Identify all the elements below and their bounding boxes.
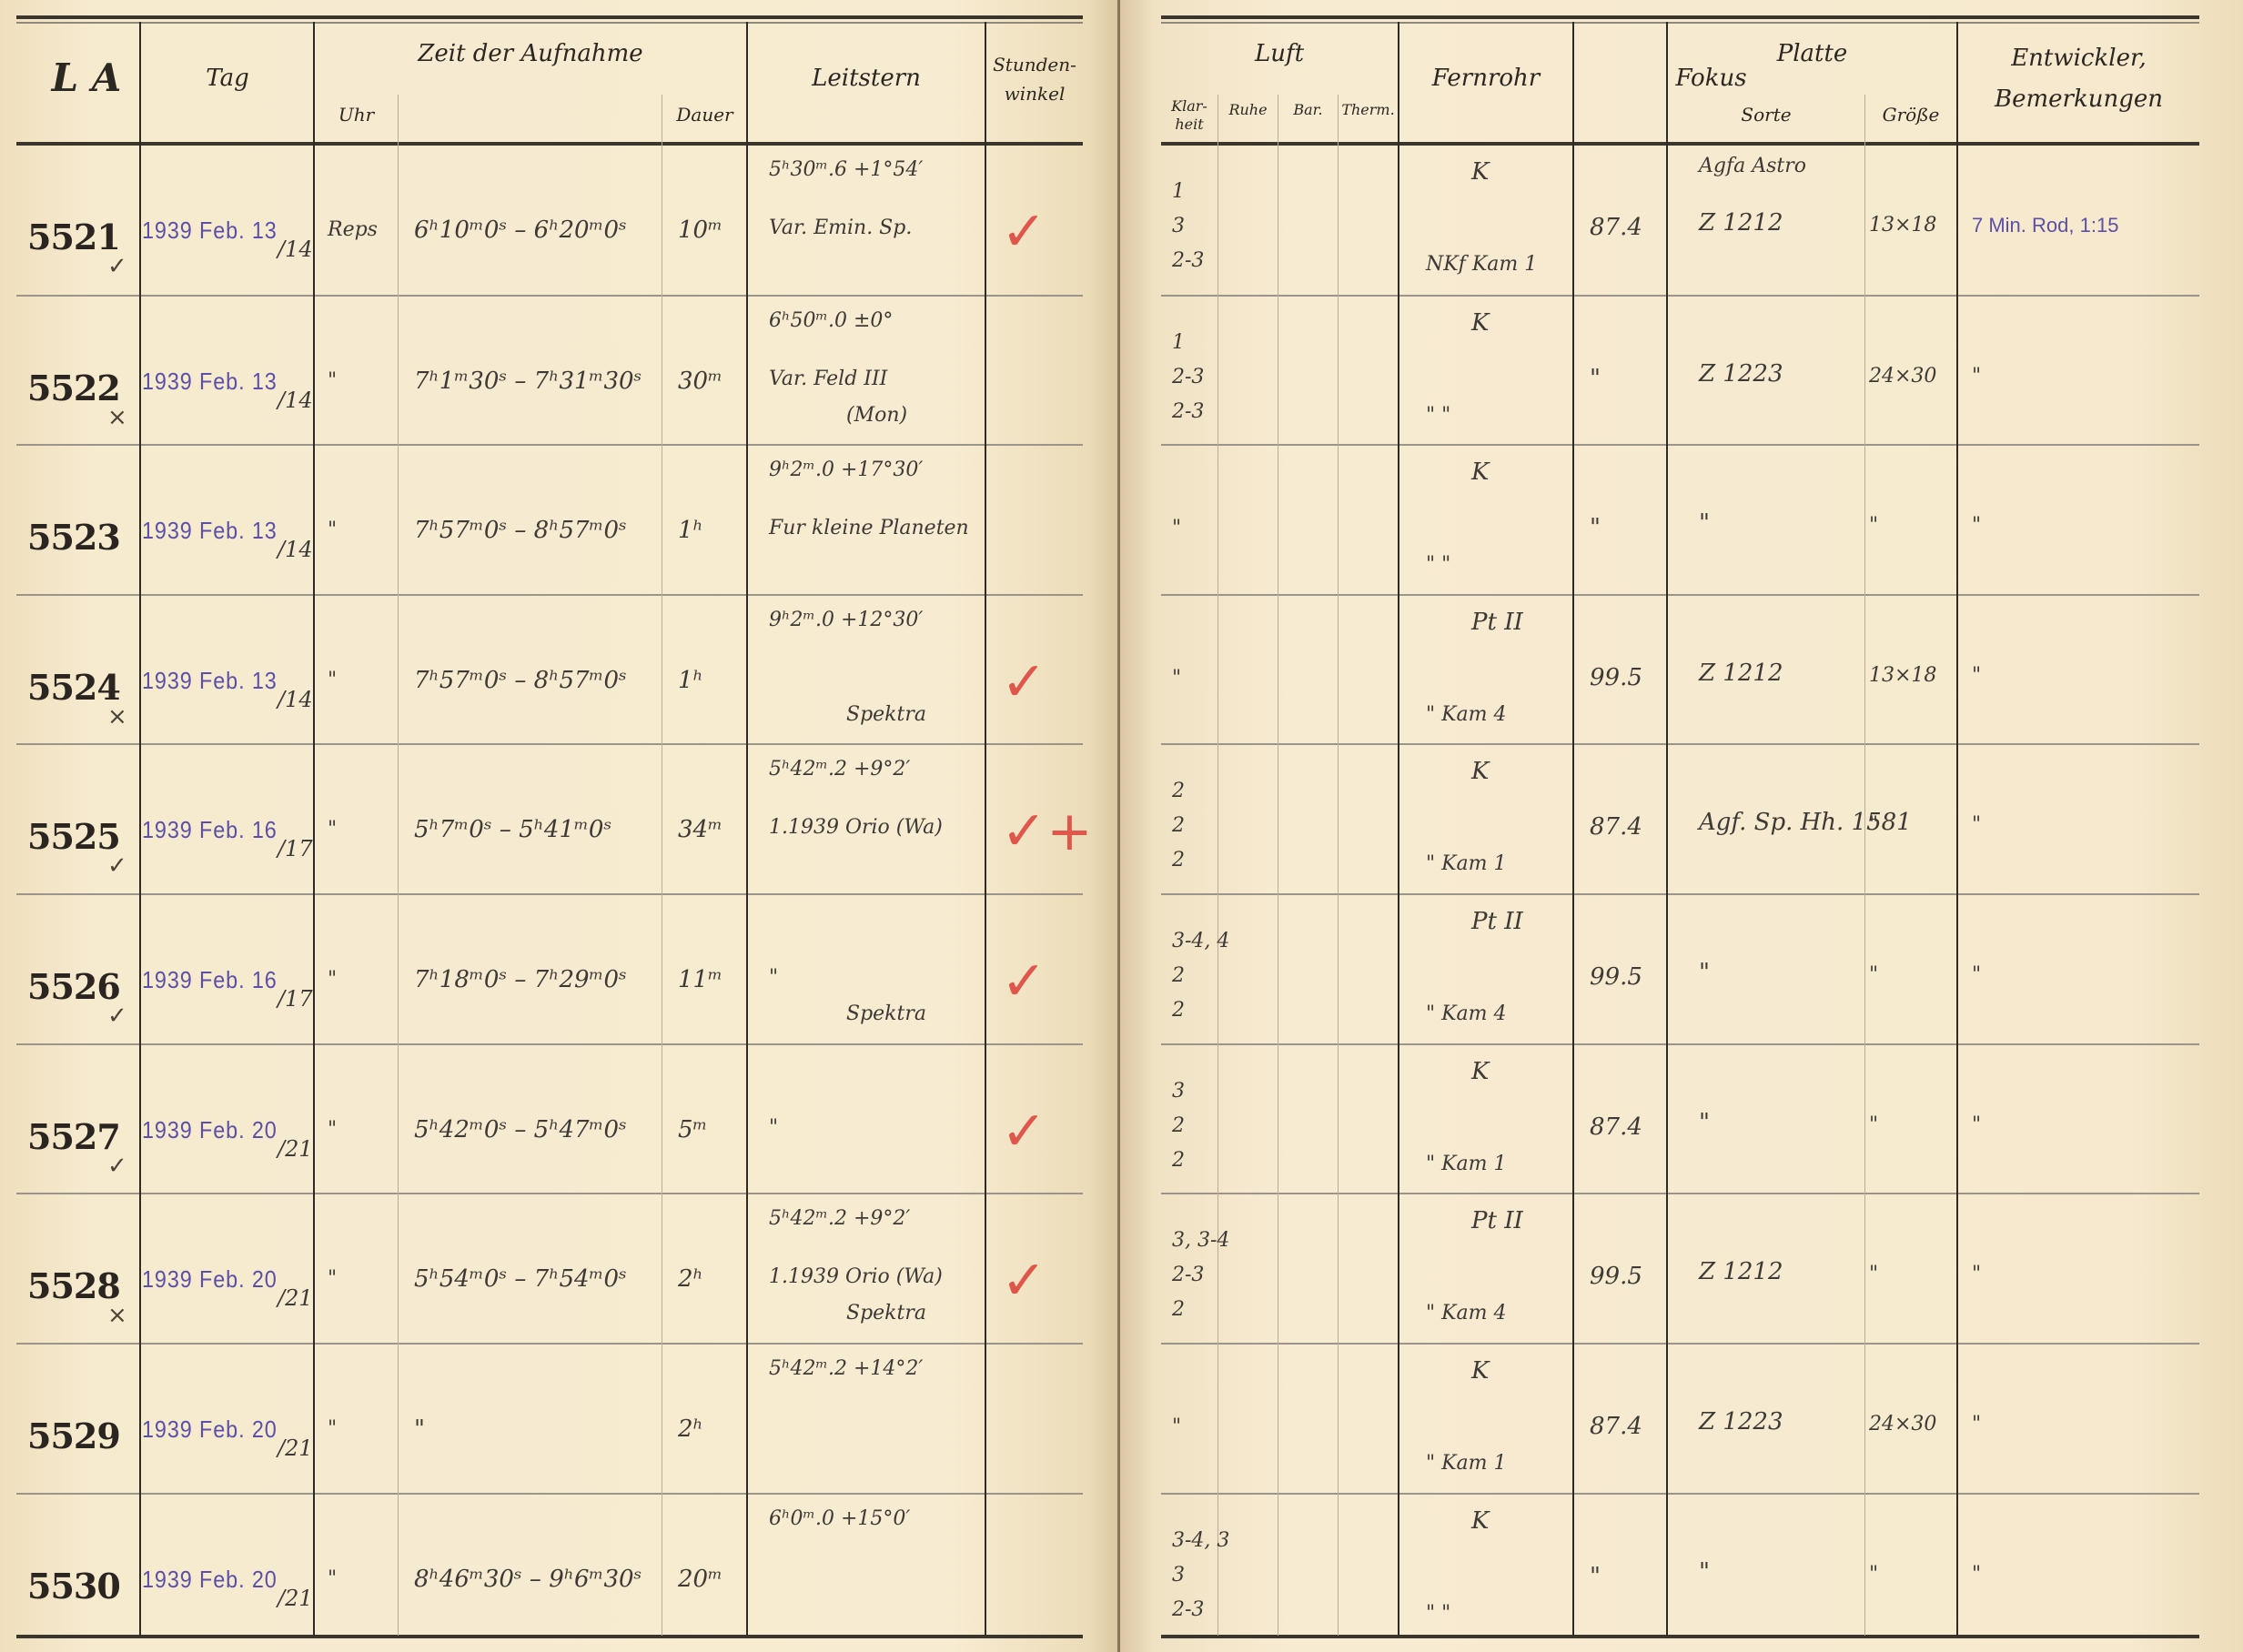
row-separator xyxy=(16,295,1083,297)
zeit-value: 7ʰ1ᵐ30ˢ – 7ʰ31ᵐ30ˢ xyxy=(414,368,642,395)
groesse-value: " xyxy=(1869,813,1878,836)
check-mark-icon: ✓ xyxy=(1001,200,1046,264)
leitstern-coords: 6ʰ50ᵐ.0 ±0° xyxy=(769,309,893,332)
date-stamp: 1939 Feb. 20 xyxy=(142,1566,278,1594)
row-separator xyxy=(16,1343,1083,1345)
groesse-value: " xyxy=(1869,1563,1878,1586)
klarheit-value: 2 xyxy=(1172,1114,1185,1137)
sorte-value: Agf. Sp. Hh. 1581 xyxy=(1699,809,1912,836)
kamera-value: " Kam 1 xyxy=(1426,1452,1507,1475)
kamera-value: " " xyxy=(1426,553,1450,576)
row-separator xyxy=(16,594,1083,596)
date-stamp: 1939 Feb. 13 xyxy=(142,217,278,245)
col-divider xyxy=(1398,22,1399,1636)
groesse-value: 13×18 xyxy=(1869,664,1936,687)
col-divider xyxy=(1864,95,1865,1636)
col-divider xyxy=(313,22,315,1636)
date-fraction: /17 xyxy=(278,836,313,861)
fokus-value: 99.5 xyxy=(1590,1263,1642,1290)
date-fraction: /17 xyxy=(278,986,313,1012)
zeit-value: 8ʰ46ᵐ30ˢ – 9ʰ6ᵐ30ˢ xyxy=(414,1566,642,1593)
header-ruhe: Ruhe xyxy=(1218,102,1278,118)
row-mark: ✓ xyxy=(107,852,127,880)
fokus-value: 99.5 xyxy=(1590,664,1642,691)
klarheit-value: 2 xyxy=(1172,849,1185,871)
la-number: 5526 xyxy=(27,966,120,1007)
col-divider xyxy=(985,22,986,1636)
header-zeit-der-aufnahme: Zeit der Aufnahme xyxy=(315,41,746,68)
sorte-value: Z 1212 xyxy=(1699,660,1783,687)
klarheit-value: 2-3 xyxy=(1172,1598,1204,1621)
header-la: L A xyxy=(36,56,136,100)
check-mark-icon: ✓ xyxy=(1001,1100,1046,1163)
fokus-value: " xyxy=(1590,514,1601,541)
row-separator xyxy=(1161,295,2199,297)
col-divider xyxy=(746,22,748,1636)
dauer-value: 20ᵐ xyxy=(678,1566,722,1593)
date-fraction: /21 xyxy=(278,1586,313,1611)
sorte-value: Z 1223 xyxy=(1699,1408,1783,1435)
leitstern-name: 1.1939 Orio (Wa) xyxy=(769,816,943,839)
dauer-value: 34ᵐ xyxy=(678,816,722,843)
fokus-value: " xyxy=(1590,365,1601,392)
uhr-value: " xyxy=(328,1267,337,1290)
header-bar: Bar. xyxy=(1278,102,1338,118)
header-leitstern: Leitstern xyxy=(748,65,985,93)
header-rule xyxy=(16,142,1083,146)
kamera-value: " " xyxy=(1426,404,1450,427)
row-separator xyxy=(1161,594,2199,596)
klarheit-value: 2-3 xyxy=(1172,400,1204,423)
fokus-value: 99.5 xyxy=(1590,963,1642,991)
header-platte: Platte xyxy=(1668,41,1956,68)
row-mark: × xyxy=(107,1302,127,1329)
uhr-value: Reps xyxy=(328,218,378,241)
sorte-value: " xyxy=(1699,959,1710,986)
sorte-value: " xyxy=(1699,1558,1710,1586)
klarheit-value: 2 xyxy=(1172,964,1185,987)
bemerkung-value: " xyxy=(1972,1413,1981,1435)
leitstern-name: Fur kleine Planeten xyxy=(769,517,969,539)
row-separator xyxy=(16,1043,1083,1045)
la-number: 5522 xyxy=(27,368,120,408)
date-fraction: /14 xyxy=(278,237,313,262)
klarheit-value: 3 xyxy=(1172,1564,1185,1587)
dauer-value: 5ᵐ xyxy=(678,1116,708,1143)
date-stamp: 1939 Feb. 13 xyxy=(142,667,278,695)
klarheit-value: 3-4, 4 xyxy=(1172,930,1229,952)
klarheit-value: 3-4, 3 xyxy=(1172,1529,1229,1552)
fernrohr-value: K xyxy=(1471,758,1489,785)
zeit-value: 7ʰ57ᵐ0ˢ – 8ʰ57ᵐ0ˢ xyxy=(414,667,627,694)
leitstern-name: " xyxy=(769,1116,778,1139)
groesse-value: 13×18 xyxy=(1869,214,1936,237)
uhr-value: " xyxy=(328,968,337,991)
leitstern-coords: 5ʰ42ᵐ.2 +9°2′ xyxy=(769,758,910,781)
row-mark: × xyxy=(107,404,127,431)
header-uhr: Uhr xyxy=(315,105,398,126)
leitstern-note: Spektra xyxy=(846,1302,926,1325)
fernrohr-value: Pt II xyxy=(1471,609,1523,636)
date-stamp: 1939 Feb. 20 xyxy=(142,1116,278,1144)
fokus-value: 87.4 xyxy=(1590,1113,1642,1141)
groesse-value: " xyxy=(1869,1113,1878,1136)
col-divider xyxy=(1572,22,1574,1636)
row-mark: ✓ xyxy=(107,253,127,280)
date-stamp: 1939 Feb. 16 xyxy=(142,816,278,844)
klarheit-value: 2 xyxy=(1172,1298,1185,1321)
top-rule xyxy=(16,15,1083,19)
zeit-value: 6ʰ10ᵐ0ˢ – 6ʰ20ᵐ0ˢ xyxy=(414,217,627,244)
leitstern-coords: 6ʰ0ᵐ.0 +15°0′ xyxy=(769,1507,910,1530)
zeit-value: 7ʰ18ᵐ0ˢ – 7ʰ29ᵐ0ˢ xyxy=(414,966,627,993)
bottom-rule xyxy=(1161,1635,2199,1638)
klarheit-value: 1 xyxy=(1172,331,1185,354)
dauer-value: 1ʰ xyxy=(678,517,703,544)
fernrohr-value: Pt II xyxy=(1471,908,1523,935)
col-divider xyxy=(139,22,141,1636)
dauer-value: 2ʰ xyxy=(678,1415,703,1443)
klarheit-value: 2 xyxy=(1172,1149,1185,1172)
header-luft: Luft xyxy=(1161,41,1398,68)
header-klarheit-2: heit xyxy=(1161,116,1217,133)
left-page: L A Tag Zeit der Aufnahme Uhr Dauer Leit… xyxy=(0,0,1121,1652)
date-stamp: 1939 Feb. 20 xyxy=(142,1415,278,1444)
leitstern-coords: 9ʰ2ᵐ.0 +17°30′ xyxy=(769,458,923,481)
kamera-value: NKf Kam 1 xyxy=(1426,253,1537,276)
bemerkung-value: " xyxy=(1972,365,1981,388)
klarheit-value: " xyxy=(1172,1415,1181,1438)
sorte-brand: Agfa Astro xyxy=(1699,155,1806,177)
top-rule xyxy=(1161,15,2199,19)
uhr-value: " xyxy=(328,369,337,392)
zeit-value: 5ʰ7ᵐ0ˢ – 5ʰ41ᵐ0ˢ xyxy=(414,816,611,843)
groesse-value: 24×30 xyxy=(1869,365,1936,388)
leitstern-name: Var. Feld III xyxy=(769,368,887,390)
col-divider xyxy=(398,95,399,1636)
klarheit-value: 2-3 xyxy=(1172,1264,1204,1286)
bemerkung-value: " xyxy=(1972,963,1981,986)
header-groesse: Größe xyxy=(1865,105,1956,126)
fernrohr-value: K xyxy=(1471,158,1489,186)
klarheit-value: 1 xyxy=(1172,180,1185,203)
row-mark: ✓ xyxy=(107,1153,127,1180)
bemerkung-value: " xyxy=(1972,813,1981,836)
la-number: 5529 xyxy=(27,1415,120,1456)
bemerkung-value: " xyxy=(1972,1563,1981,1586)
uhr-value: " xyxy=(328,1567,337,1590)
date-fraction: /14 xyxy=(278,537,313,562)
dauer-value: 2ʰ xyxy=(678,1265,703,1293)
klarheit-value: 3 xyxy=(1172,215,1185,237)
header-fokus: Fokus xyxy=(1665,65,1757,93)
klarheit-value: " xyxy=(1172,667,1181,690)
leitstern-note: Spektra xyxy=(846,703,926,726)
fokus-value: " xyxy=(1590,1563,1601,1590)
sorte-value: " xyxy=(1699,509,1710,537)
klarheit-value: 2-3 xyxy=(1172,249,1204,272)
row-separator xyxy=(16,1193,1083,1194)
fokus-value: 87.4 xyxy=(1590,813,1642,841)
check-mark-icon: ✓ xyxy=(1001,650,1046,714)
leitstern-name: Var. Emin. Sp. xyxy=(769,217,912,239)
la-number: 5523 xyxy=(27,517,120,558)
dauer-value: 11ᵐ xyxy=(678,966,722,993)
leitstern-name: " xyxy=(769,966,778,989)
fokus-value: 87.4 xyxy=(1590,214,1642,241)
row-separator xyxy=(16,444,1083,446)
col-divider xyxy=(1956,22,1958,1636)
zeit-value: 7ʰ57ᵐ0ˢ – 8ʰ57ᵐ0ˢ xyxy=(414,517,627,544)
zeit-value: " xyxy=(414,1415,425,1443)
la-number: 5524 xyxy=(27,667,120,708)
leitstern-note: Spektra xyxy=(846,1002,926,1025)
header-rule xyxy=(1161,142,2199,146)
header-tag: Tag xyxy=(141,65,314,93)
kamera-value: " Kam 4 xyxy=(1426,703,1507,726)
groesse-value: " xyxy=(1869,514,1878,537)
check-mark-icon: ✓+ xyxy=(1001,800,1093,863)
uhr-value: " xyxy=(328,519,337,541)
groesse-value: 24×30 xyxy=(1869,1413,1936,1435)
row-separator xyxy=(16,743,1083,745)
klarheit-value: 2 xyxy=(1172,999,1185,1022)
book-gutter xyxy=(1117,0,1120,1652)
date-stamp: 1939 Feb. 16 xyxy=(142,966,278,994)
row-separator xyxy=(1161,444,2199,446)
sorte-value: Z 1212 xyxy=(1699,209,1783,237)
leitstern-coords: 9ʰ2ᵐ.0 +12°30′ xyxy=(769,609,923,631)
row-separator xyxy=(1161,1343,2199,1345)
la-number: 5521 xyxy=(27,217,120,257)
col-divider xyxy=(662,95,662,1636)
header-fernrohr: Fernrohr xyxy=(1399,65,1572,93)
date-fraction: /21 xyxy=(278,1435,313,1461)
row-separator xyxy=(1161,893,2199,895)
fernrohr-value: Pt II xyxy=(1471,1207,1523,1234)
row-separator xyxy=(1161,1493,2199,1495)
kamera-value: " " xyxy=(1426,1602,1450,1625)
date-fraction: /21 xyxy=(278,1285,313,1311)
row-separator xyxy=(1161,1043,2199,1045)
kamera-value: " Kam 4 xyxy=(1426,1002,1507,1025)
header-therm: Therm. xyxy=(1339,102,1398,118)
la-number: 5527 xyxy=(27,1116,120,1157)
header-stundenwinkel-2: winkel xyxy=(986,84,1083,105)
date-stamp: 1939 Feb. 20 xyxy=(142,1265,278,1294)
col-divider xyxy=(1666,22,1668,1636)
header-klarheit-1: Klar- xyxy=(1161,98,1217,115)
right-page: Luft Klar- heit Ruhe Bar. Therm. Fernroh… xyxy=(1121,0,2243,1652)
bemerkung-value: " xyxy=(1972,1113,1981,1136)
date-fraction: /21 xyxy=(278,1136,313,1162)
header-stundenwinkel-1: Stunden- xyxy=(986,55,1083,76)
fernrohr-value: K xyxy=(1471,1058,1489,1085)
klarheit-value: 3 xyxy=(1172,1080,1185,1103)
leitstern-name: 1.1939 Orio (Wa) xyxy=(769,1265,943,1288)
header-bemerkungen: Bemerkungen xyxy=(1958,86,2199,114)
header-entwickler: Entwickler, xyxy=(1958,45,2199,73)
sorte-value: Z 1212 xyxy=(1699,1258,1783,1285)
klarheit-value: 2 xyxy=(1172,814,1185,837)
header-dauer: Dauer xyxy=(663,105,746,126)
la-number: 5525 xyxy=(27,816,120,857)
row-mark: × xyxy=(107,703,127,730)
uhr-value: " xyxy=(328,1118,337,1141)
fernrohr-value: K xyxy=(1471,309,1489,337)
leitstern-coords: 5ʰ30ᵐ.6 +1°54′ xyxy=(769,158,923,181)
check-mark-icon: ✓ xyxy=(1001,1249,1046,1313)
bemerkung-value: 7 Min. Rod, 1:15 xyxy=(1972,214,2118,237)
dauer-value: 10ᵐ xyxy=(678,217,722,244)
sorte-value: Z 1223 xyxy=(1699,360,1783,388)
fernrohr-value: K xyxy=(1471,1507,1489,1535)
la-number: 5528 xyxy=(27,1265,120,1306)
sorte-value: " xyxy=(1699,1109,1710,1136)
date-stamp: 1939 Feb. 13 xyxy=(142,368,278,396)
date-stamp: 1939 Feb. 13 xyxy=(142,517,278,545)
zeit-value: 5ʰ42ᵐ0ˢ – 5ʰ47ᵐ0ˢ xyxy=(414,1116,627,1143)
check-mark-icon: ✓ xyxy=(1001,950,1046,1013)
fernrohr-value: K xyxy=(1471,1357,1489,1385)
row-mark: ✓ xyxy=(107,1002,127,1030)
leitstern-note: (Mon) xyxy=(846,404,907,427)
fernrohr-value: K xyxy=(1471,458,1489,486)
bemerkung-value: " xyxy=(1972,664,1981,687)
uhr-value: " xyxy=(328,669,337,691)
dauer-value: 1ʰ xyxy=(678,667,703,694)
leitstern-coords: 5ʰ42ᵐ.2 +14°2′ xyxy=(769,1357,923,1380)
klarheit-value: 2-3 xyxy=(1172,366,1204,388)
kamera-value: " Kam 1 xyxy=(1426,1153,1507,1175)
zeit-value: 5ʰ54ᵐ0ˢ – 7ʰ54ᵐ0ˢ xyxy=(414,1265,627,1293)
klarheit-value: " xyxy=(1172,517,1181,539)
row-separator xyxy=(16,1493,1083,1495)
uhr-value: " xyxy=(328,1417,337,1440)
header-sorte: Sorte xyxy=(1668,105,1864,126)
klarheit-value: 2 xyxy=(1172,780,1185,802)
fokus-value: 87.4 xyxy=(1590,1413,1642,1440)
row-separator xyxy=(1161,743,2199,745)
groesse-value: " xyxy=(1869,963,1878,986)
bemerkung-value: " xyxy=(1972,514,1981,537)
leitstern-coords: 5ʰ42ᵐ.2 +9°2′ xyxy=(769,1207,910,1230)
la-number: 5530 xyxy=(27,1566,120,1607)
kamera-value: " Kam 1 xyxy=(1426,852,1507,875)
dauer-value: 30ᵐ xyxy=(678,368,722,395)
date-fraction: /14 xyxy=(278,388,313,413)
date-fraction: /14 xyxy=(278,687,313,712)
col-divider xyxy=(1338,95,1339,1636)
row-separator xyxy=(16,893,1083,895)
bottom-rule xyxy=(16,1635,1083,1638)
kamera-value: " Kam 4 xyxy=(1426,1302,1507,1325)
col-divider xyxy=(1278,95,1278,1636)
col-divider xyxy=(1217,95,1218,1636)
groesse-value: " xyxy=(1869,1263,1878,1285)
klarheit-value: 3, 3-4 xyxy=(1172,1229,1229,1252)
uhr-value: " xyxy=(328,818,337,841)
row-separator xyxy=(1161,1193,2199,1194)
bemerkung-value: " xyxy=(1972,1263,1981,1285)
